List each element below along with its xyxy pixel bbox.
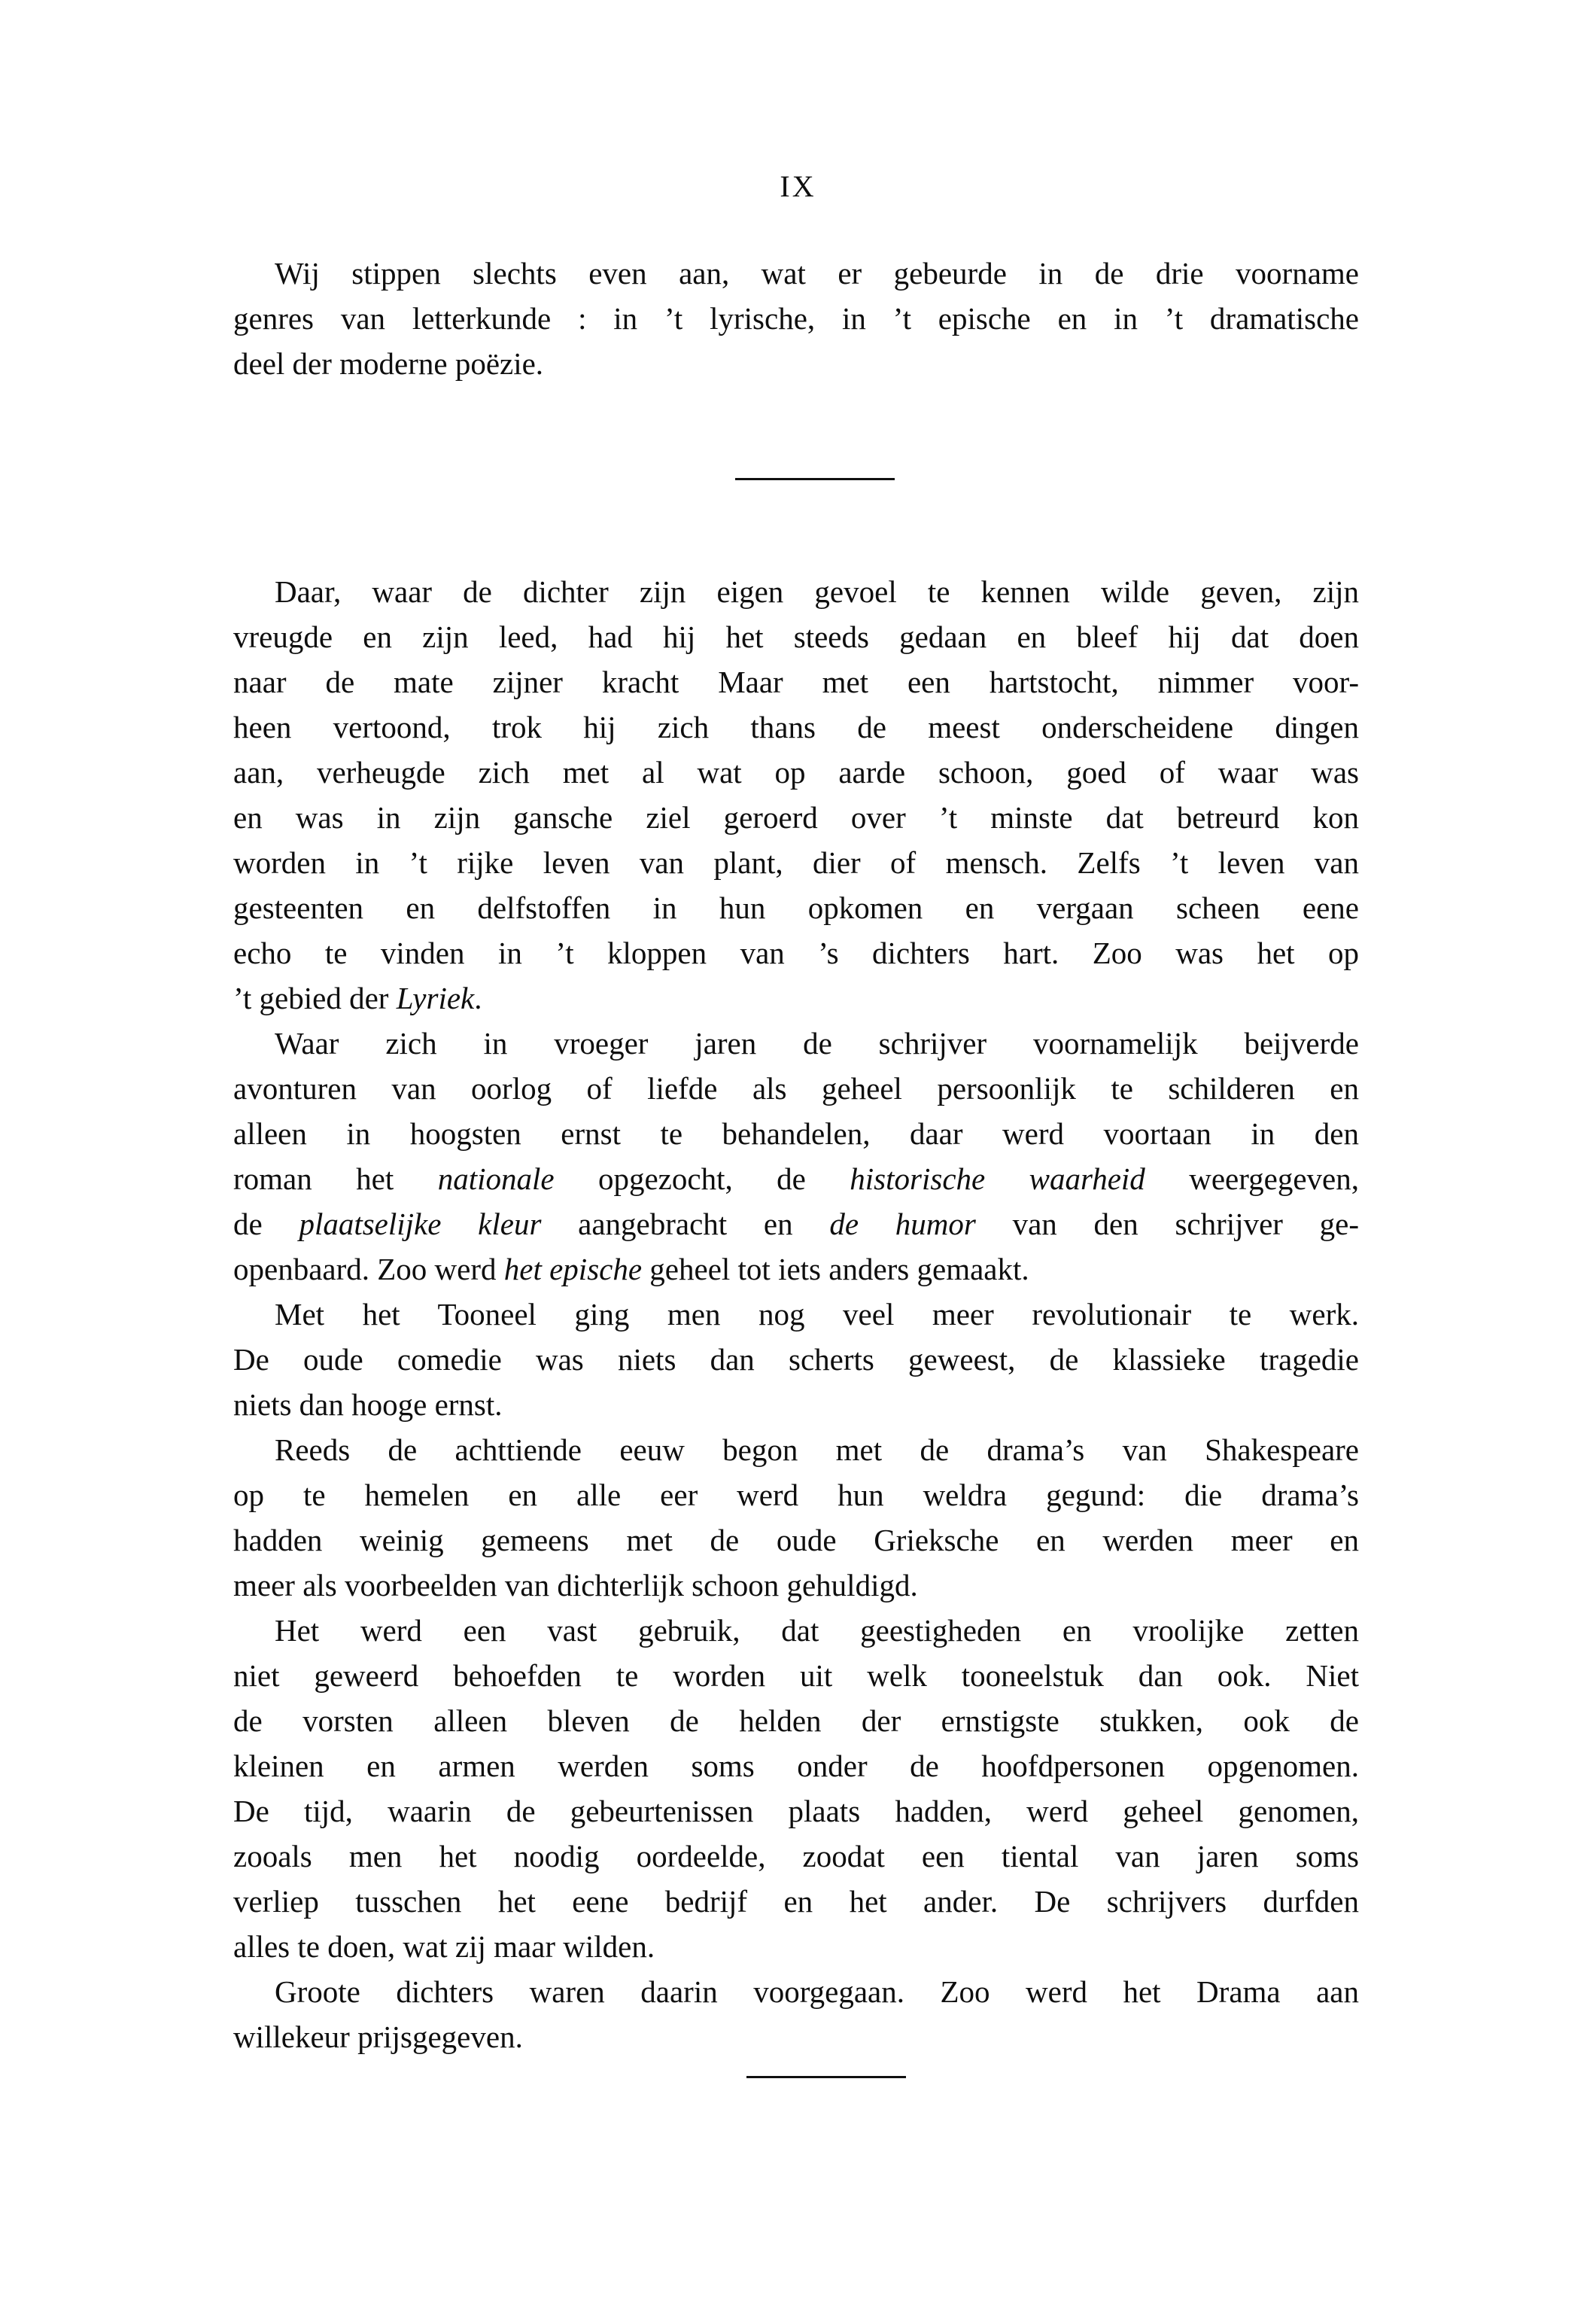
text-segment: de vorsten alleen bleven de helden der e… — [233, 1703, 1359, 1738]
book-page: IX Wij stippen slechts even aan, wat er … — [0, 0, 1596, 2301]
text-segment: aangebracht en — [541, 1207, 829, 1241]
text-line: Reeds de achttiende eeuw begon met de dr… — [233, 1427, 1359, 1472]
text-line: ’t gebied der Lyriek. — [233, 975, 1359, 1021]
text-line: en was in zijn gansche ziel geroerd over… — [233, 795, 1359, 840]
text-segment: heen vertoond, trok hij zich thans de me… — [233, 710, 1359, 744]
text-segment: Groote dichters waren daarin voorgegaan.… — [275, 1974, 1359, 2009]
text-line: zooals men het noodig oordeelde, zoodat … — [233, 1834, 1359, 1879]
text-segment: niet geweerd behoefden te worden uit wel… — [233, 1658, 1359, 1693]
text-segment: zooals men het noodig oordeelde, zoodat … — [233, 1839, 1359, 1873]
text-line: Waar zich in vroeger jaren de schrijver … — [233, 1021, 1359, 1066]
text-segment: willekeur prijsgegeven. — [233, 2019, 523, 2054]
text-segment: worden in ’t rijke leven van plant, dier… — [233, 845, 1359, 880]
text-segment: opgezocht, de — [555, 1161, 850, 1196]
text-segment: geheel tot iets anders gemaakt. — [642, 1252, 1029, 1286]
text-line: op te hemelen en alle eer werd hun weldr… — [233, 1472, 1359, 1517]
text-line: gesteenten en delfstoffen in hun opkomen… — [233, 885, 1359, 930]
page-number: IX — [0, 169, 1596, 204]
text-segment: alles te doen, wat zij maar wilden. — [233, 1929, 655, 1964]
italic-text: historische waarheid — [850, 1161, 1145, 1196]
text-segment: Reeds de achttiende eeuw begon met de dr… — [275, 1432, 1359, 1467]
text-segment: en was in zijn gansche ziel geroerd over… — [233, 800, 1359, 835]
text-segment: weergegeven, — [1145, 1161, 1359, 1196]
text-segment: roman het — [233, 1161, 438, 1196]
text-segment: avonturen van oorlog of liefde als gehee… — [233, 1071, 1359, 1106]
text-segment: deel der moderne poëzie. — [233, 346, 543, 381]
text-line: worden in ’t rijke leven van plant, dier… — [233, 840, 1359, 885]
text-segment: Het werd een vast gebruik, dat geestighe… — [275, 1613, 1359, 1648]
text-line: kleinen en armen werden soms onder de ho… — [233, 1743, 1359, 1788]
text-line: Daar, waar de dichter zijn eigen gevoel … — [233, 569, 1359, 614]
text-segment: vreugde en zijn leed, had hij het steeds… — [233, 619, 1359, 654]
text-line: de vorsten alleen bleven de helden der e… — [233, 1698, 1359, 1743]
text-line: alleen in hoogsten ernst te behandelen, … — [233, 1111, 1359, 1156]
italic-text: plaatselijke kleur — [299, 1207, 541, 1241]
text-segment: niets dan hooge ernst. — [233, 1387, 503, 1422]
text-line: niets dan hooge ernst. — [233, 1382, 1359, 1427]
italic-text: nationale — [438, 1161, 555, 1196]
text-line: heen vertoond, trok hij zich thans de me… — [233, 705, 1359, 750]
text-line: de plaatselijke kleur aangebracht en de … — [233, 1201, 1359, 1246]
text-segment: van den schrijver ge- — [976, 1207, 1359, 1241]
text-segment: Waar zich in vroeger jaren de schrijver … — [275, 1026, 1359, 1061]
text-line: roman het nationale opgezocht, de histor… — [233, 1156, 1359, 1201]
text-line: niet geweerd behoefden te worden uit wel… — [233, 1653, 1359, 1698]
text-segment: De tijd, waarin de gebeurtenissen plaats… — [233, 1794, 1359, 1828]
text-segment: kleinen en armen werden soms onder de ho… — [233, 1749, 1359, 1783]
text-line: meer als voorbeelden van dichterlijk sch… — [233, 1563, 1359, 1608]
text-segment: genres van letterkunde : in ’t lyrische,… — [233, 301, 1359, 336]
text-segment: . — [474, 981, 482, 1015]
text-line: verliep tusschen het eene bedrijf en het… — [233, 1879, 1359, 1924]
text-block: Wij stippen slechts even aan, wat er geb… — [233, 251, 1359, 2078]
text-segment: aan, verheugde zich met al wat op aarde … — [233, 755, 1359, 790]
italic-text: Lyriek — [397, 981, 475, 1015]
text-line: Groote dichters waren daarin voorgegaan.… — [233, 1969, 1359, 2014]
text-line: willekeur prijsgegeven. — [233, 2014, 1359, 2059]
text-line: alles te doen, wat zij maar wilden. — [233, 1924, 1359, 1969]
text-segment: ’t gebied der — [233, 981, 397, 1015]
text-segment: meer als voorbeelden van dichterlijk sch… — [233, 1568, 918, 1602]
text-line: Wij stippen slechts even aan, wat er geb… — [233, 251, 1359, 296]
text-segment: naar de mate zijner kracht Maar met een … — [233, 665, 1359, 699]
italic-text: het epische — [504, 1252, 642, 1286]
text-line: De tijd, waarin de gebeurtenissen plaats… — [233, 1788, 1359, 1834]
text-line: De oude comedie was niets dan scherts ge… — [233, 1337, 1359, 1382]
text-segment: echo te vinden in ’t kloppen van ’s dich… — [233, 936, 1359, 970]
section-divider — [735, 478, 895, 480]
text-segment: Wij stippen slechts even aan, wat er geb… — [275, 256, 1359, 291]
italic-text: de humor — [829, 1207, 976, 1241]
text-segment: hadden weinig gemeens met de oude Grieks… — [233, 1523, 1359, 1557]
text-line: Met het Tooneel ging men nog veel meer r… — [233, 1292, 1359, 1337]
text-segment: Met het Tooneel ging men nog veel meer r… — [275, 1297, 1359, 1332]
section-divider — [746, 2076, 906, 2078]
text-segment: verliep tusschen het eene bedrijf en het… — [233, 1884, 1359, 1919]
text-segment: alleen in hoogsten ernst te behandelen, … — [233, 1116, 1359, 1151]
text-segment: Daar, waar de dichter zijn eigen gevoel … — [275, 574, 1359, 609]
text-line: naar de mate zijner kracht Maar met een … — [233, 659, 1359, 705]
text-line: avonturen van oorlog of liefde als gehee… — [233, 1066, 1359, 1111]
text-line: aan, verheugde zich met al wat op aarde … — [233, 750, 1359, 795]
text-segment: openbaard. Zoo werd — [233, 1252, 504, 1286]
text-segment: de — [233, 1207, 299, 1241]
text-segment: op te hemelen en alle eer werd hun weldr… — [233, 1478, 1359, 1512]
text-line: echo te vinden in ’t kloppen van ’s dich… — [233, 930, 1359, 975]
text-segment: gesteenten en delfstoffen in hun opkomen… — [233, 890, 1359, 925]
text-line: deel der moderne poëzie. — [233, 341, 1359, 386]
text-line: openbaard. Zoo werd het epische geheel t… — [233, 1246, 1359, 1292]
text-line: hadden weinig gemeens met de oude Grieks… — [233, 1517, 1359, 1563]
text-line: Het werd een vast gebruik, dat geestighe… — [233, 1608, 1359, 1653]
text-segment: De oude comedie was niets dan scherts ge… — [233, 1342, 1359, 1377]
text-line: vreugde en zijn leed, had hij het steeds… — [233, 614, 1359, 659]
text-line: genres van letterkunde : in ’t lyrische,… — [233, 296, 1359, 341]
